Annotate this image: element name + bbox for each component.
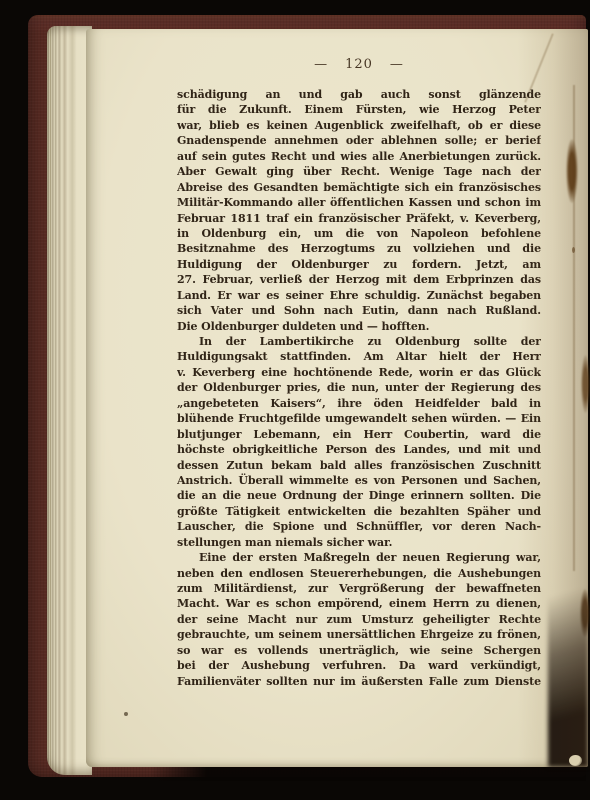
text-line: schädigung an und gab auch sonst glänzen… <box>177 87 541 102</box>
text-line: so war es vollends unerträglich, wie sei… <box>177 643 541 658</box>
text-line: Militär-Kommando aller öffentlichen Kass… <box>177 195 541 210</box>
text-column: — 120 — schädigung an und gab auch sonst… <box>177 56 541 689</box>
text-line: blühende Fruchtgefilde umgewandelt sehen… <box>177 411 541 426</box>
text-line: Land. Er war es seiner Ehre schuldig. Zu… <box>177 288 541 303</box>
text-line: der Oldenburger pries, die nun, unter de… <box>177 380 541 395</box>
text-line: höchste obrigkeitliche Person des Landes… <box>177 442 541 457</box>
text-line: Huldigung der Oldenburger zu fordern. Je… <box>177 257 541 272</box>
header-dash-left: — <box>314 57 328 72</box>
ink-stain <box>566 139 578 203</box>
text-line: Anstrich. Überall wimmelte es von Person… <box>177 473 541 488</box>
text-line: stellungen man niemals sicher war. <box>177 535 541 550</box>
text-line: größte Tätigkeit entwickelten die bezahl… <box>177 504 541 519</box>
text-line: der seine Macht nur zum Umsturz geheilig… <box>177 612 541 627</box>
text-line: Eine der ersten Maßregeln der neuen Regi… <box>177 550 541 565</box>
page-number-header: — 120 — <box>177 56 541 73</box>
text-line: Familienväter sollten nur im äußersten F… <box>177 674 541 689</box>
text-line: Besitznahme des Herzogtums zu vollziehen… <box>177 241 541 256</box>
paper-speck <box>572 247 575 253</box>
text-line: neben den endlosen Steuererhebungen, die… <box>177 566 541 581</box>
text-line: die an die neue Ordnung der Dinge erinne… <box>177 488 541 503</box>
text-line: Aber Gewalt ging über Recht. Wenige Tage… <box>177 164 541 179</box>
book-photo: — 120 — schädigung an und gab auch sonst… <box>0 0 590 800</box>
gutter-shadow <box>548 557 588 767</box>
text-block: schädigung an und gab auch sonst glänzen… <box>177 87 541 689</box>
text-line: v. Keverberg eine hochtönende Rede, wori… <box>177 365 541 380</box>
text-line: Gnadenspende annehmen oder ablehnen soll… <box>177 133 541 148</box>
text-line: 27. Februar, verließ der Herzog mit dem … <box>177 272 541 287</box>
text-line: bei der Aushebung verfuhren. Da ward ver… <box>177 658 541 673</box>
cover-corner-spot <box>569 755 582 766</box>
text-line: gebrauchte, um seinem unersättlichen Ehr… <box>177 627 541 642</box>
book-page: — 120 — schädigung an und gab auch sonst… <box>86 29 588 767</box>
text-line: Huldigungsakt stattfinden. Am Altar hiel… <box>177 349 541 364</box>
text-line: Lauscher, die Spione und Schnüffler, vor… <box>177 519 541 534</box>
text-line: dessen Zutun bekam bald alles französisc… <box>177 458 541 473</box>
text-line: auf sein gutes Recht und wies alle Anerb… <box>177 149 541 164</box>
text-line: in Oldenburg ein, um die von Napoleon be… <box>177 226 541 241</box>
paper-speck <box>124 712 128 716</box>
text-line: „angebeteten Kaisers“, ihre öden Heidfel… <box>177 396 541 411</box>
text-line: Abreise des Gesandten bemächtigte sich e… <box>177 180 541 195</box>
page-number: 120 <box>345 57 373 72</box>
text-line: Macht. War es schon empörend, einem Herr… <box>177 596 541 611</box>
header-dash-right: — <box>390 57 404 72</box>
text-line: für die Zukunft. Einem Fürsten, wie Herz… <box>177 102 541 117</box>
text-line: In der Lambertikirche zu Oldenburg sollt… <box>177 334 541 349</box>
text-line: zum Militärdienst, zur Vergrößerung der … <box>177 581 541 596</box>
text-line: Februar 1811 traf ein französischer Präf… <box>177 211 541 226</box>
ink-stain <box>581 355 590 413</box>
text-line: sich Vater und Sohn nach Eutin, dann nac… <box>177 303 541 318</box>
text-line: Die Oldenburger duldeten und — hofften. <box>177 319 541 334</box>
text-line: war, blieb es keinen Augenblick zweifelh… <box>177 118 541 133</box>
text-line: blutjunger Lebemann, ein Herr Coubertin,… <box>177 427 541 442</box>
